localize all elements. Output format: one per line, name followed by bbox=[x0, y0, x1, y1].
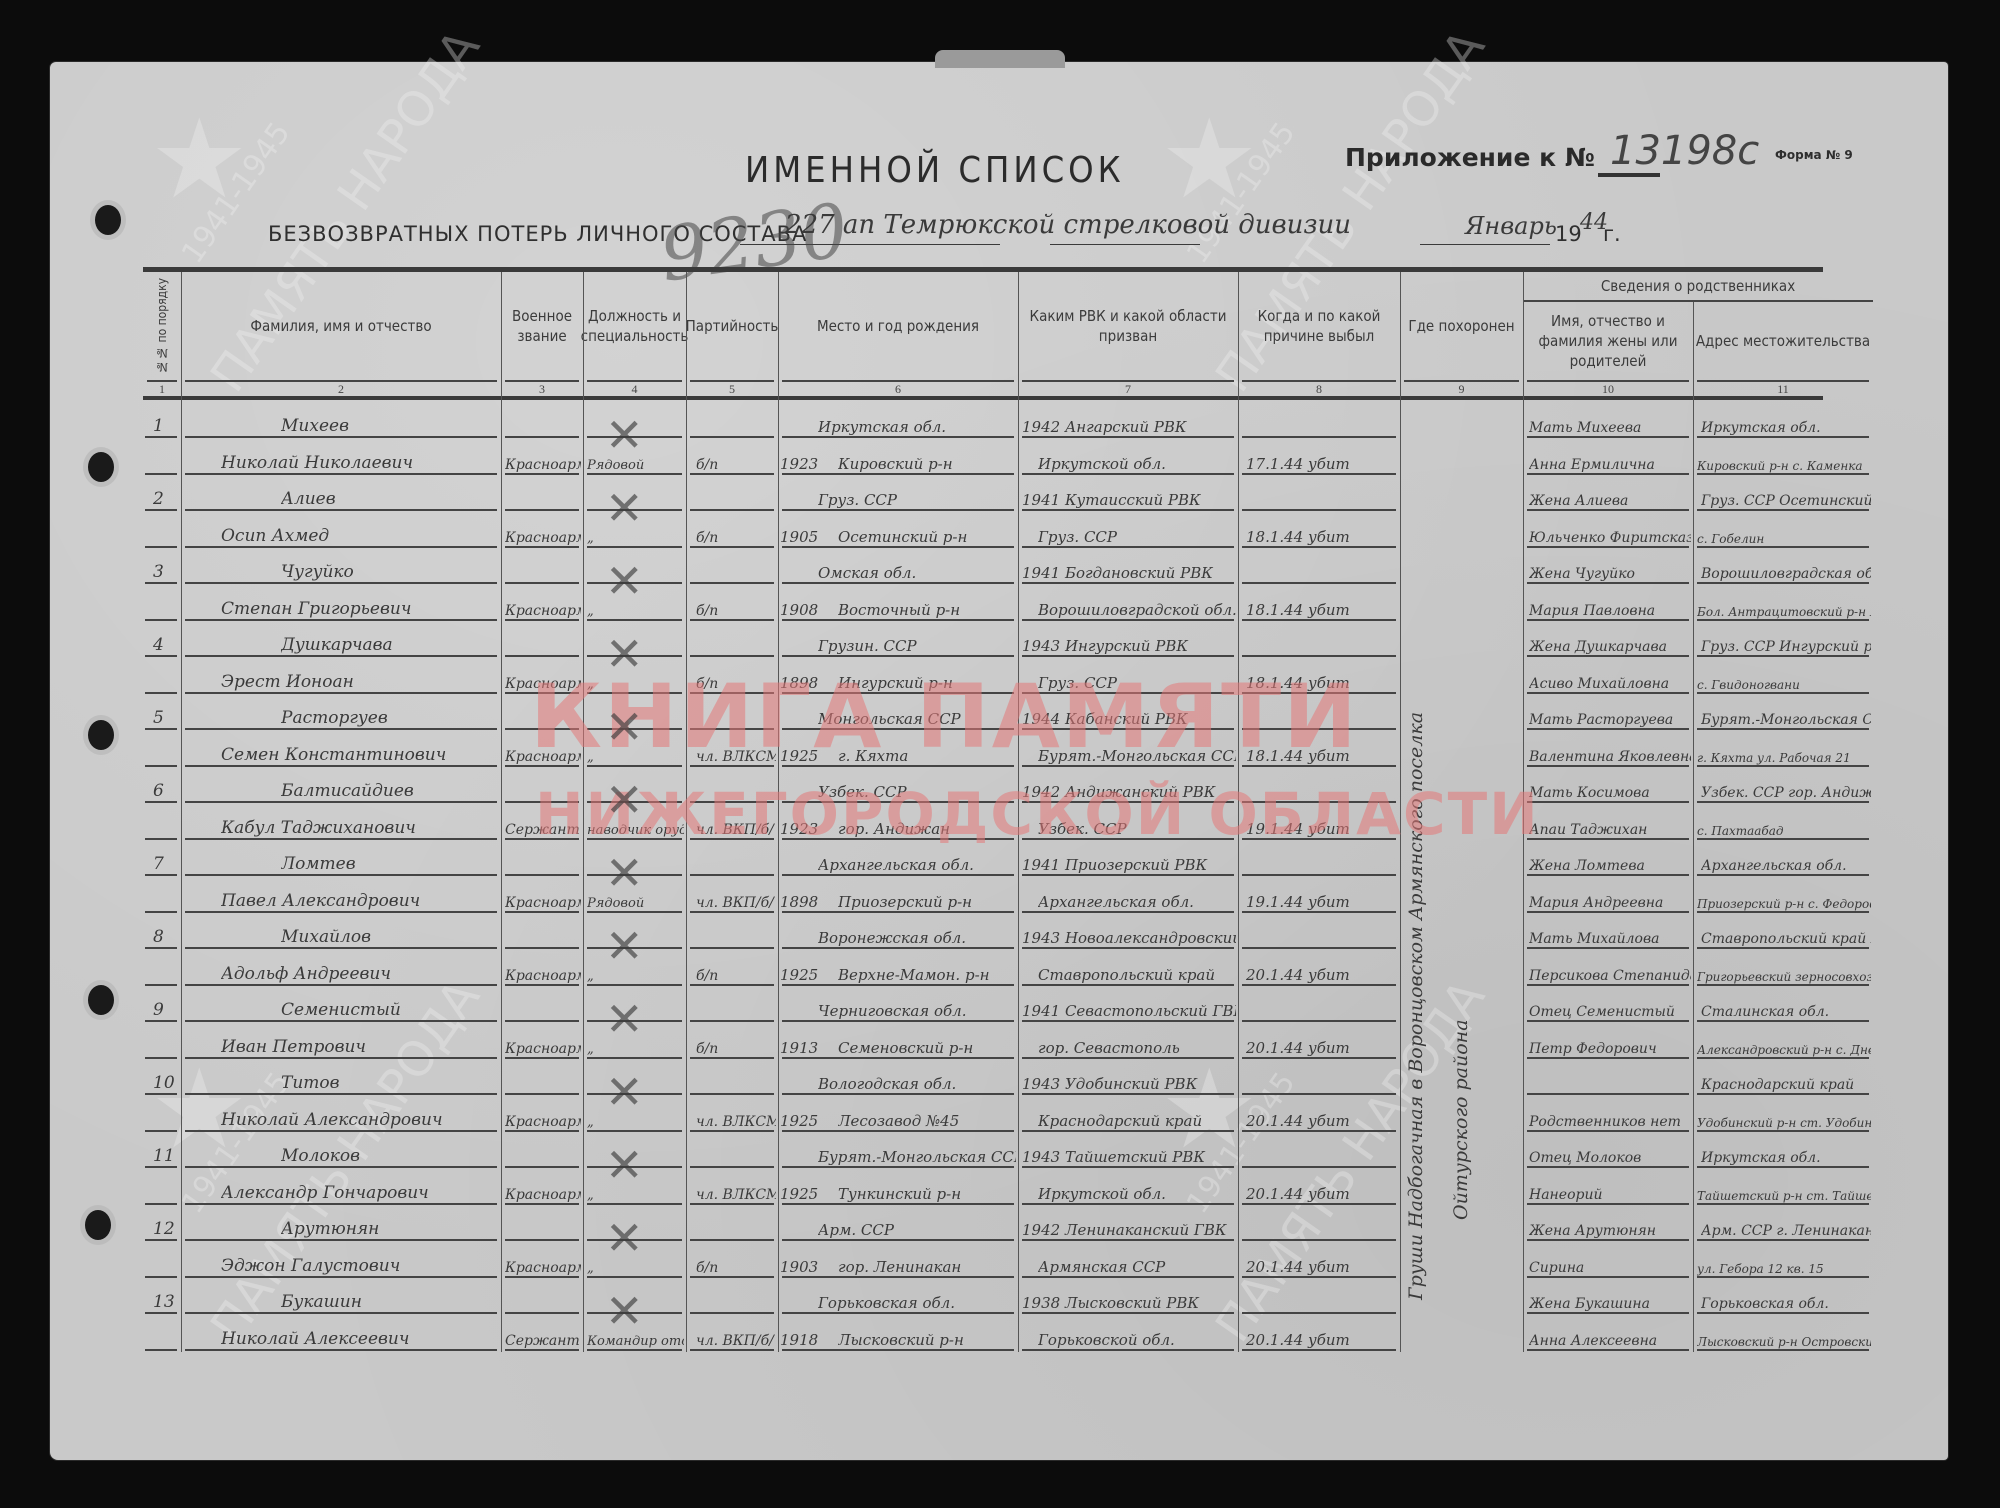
cell-birth-place-2: гор. Ленинакан bbox=[838, 1242, 1013, 1278]
cell-relative-2: Петр Федорович bbox=[1529, 1023, 1691, 1059]
cell-party: б/п bbox=[696, 439, 776, 475]
cell-given: Павел Александрович bbox=[221, 877, 499, 913]
document-title: ИМЕННОЙ СПИСОК bbox=[745, 150, 1125, 191]
row-rule bbox=[185, 1349, 497, 1351]
column-header-9: Где похоронен bbox=[1400, 272, 1523, 380]
cell-party: чл. ВКП/б/ bbox=[696, 1315, 776, 1351]
cell-relative-1 bbox=[1529, 1059, 1691, 1095]
cell-rvk-2: Ворошиловградской обл. bbox=[1038, 585, 1236, 621]
unit-name: 227 ап Темрюкской стрелковой дивизии bbox=[785, 210, 1351, 240]
cell-no: 2 bbox=[153, 475, 179, 511]
table-row: 12АрутюнянАрм. ССР1942 Ленинаканский ГВК… bbox=[143, 1205, 1823, 1241]
cell-party: б/п bbox=[696, 512, 776, 548]
cell-address-1: Груз. ССР Осетинский р-н bbox=[1701, 475, 1871, 511]
cell-surname: Титов bbox=[281, 1059, 499, 1095]
row-rule bbox=[505, 1349, 579, 1351]
cell-given: Эджон Галустович bbox=[221, 1242, 499, 1278]
relatives-group-header: Сведения о родственниках bbox=[1523, 272, 1873, 302]
cell-surname: Молоков bbox=[281, 1132, 499, 1168]
watermark-region: НИЖЕГОРОДСКОЙ ОБЛАСТИ bbox=[535, 780, 1540, 848]
column-header-4: Должность и специальность bbox=[583, 272, 686, 380]
cell-birth-place-2: Кировский р-н bbox=[838, 439, 1013, 475]
row-rule bbox=[1527, 1349, 1689, 1351]
cell-address-2: ул. Гебора 12 кв. 15 bbox=[1697, 1242, 1871, 1278]
cross-mark-icon: ✕ bbox=[605, 554, 644, 608]
cell-rank: Красноарм. bbox=[505, 1242, 581, 1278]
cell-address-1: Узбек. ССР гор. Андижан bbox=[1701, 767, 1871, 803]
cell-address-1: Горьковская обл. bbox=[1701, 1278, 1871, 1314]
cell-birth-place-1: Бурят.-Монгольская ССР bbox=[818, 1132, 1016, 1168]
burial-place-note: Груши Надбогачная в Воронцовском Армянск… bbox=[1405, 420, 1427, 1300]
table-row: 1МихеевИркутская обл.1942 Ангарский РВКМ… bbox=[143, 402, 1823, 438]
column-divider bbox=[501, 272, 502, 1352]
cross-mark-icon: ✕ bbox=[605, 700, 644, 754]
fill-line bbox=[1420, 244, 1550, 245]
watermark-book-of-memory: КНИГА ПАМЯТИ bbox=[530, 665, 1359, 768]
cell-birth-place-2: Семеновский р-н bbox=[838, 1023, 1013, 1059]
cell-relative-1: Мать Михеева bbox=[1529, 402, 1691, 438]
cross-mark-icon: ✕ bbox=[605, 481, 644, 535]
cell-party: б/п bbox=[696, 950, 776, 986]
cell-rvk-2: Иркутской обл. bbox=[1038, 1169, 1236, 1205]
cell-rank: Красноарм. bbox=[505, 1096, 581, 1132]
column-divider bbox=[1693, 302, 1694, 1352]
cell-birth-place-1: Черниговская обл. bbox=[818, 986, 1016, 1022]
cell-birth-place-2: Тункинский р-н bbox=[838, 1169, 1013, 1205]
header-bottom-rule bbox=[143, 396, 1823, 400]
cell-address-2: Приозерский р-н с. Федоровское bbox=[1697, 877, 1871, 913]
cell-birth-place-2: Верхне-Мамон. р-н bbox=[838, 950, 1013, 986]
cell-given: Николай Александрович bbox=[221, 1096, 499, 1132]
cell-relative-1: Отец Молоков bbox=[1529, 1132, 1691, 1168]
cell-rank: Красноарм. bbox=[505, 512, 581, 548]
cell-relative-2: Персикова Степанида bbox=[1529, 950, 1691, 986]
paper-tab bbox=[935, 50, 1065, 68]
cell-birth-place-1: Воронежская обл. bbox=[818, 913, 1016, 949]
cell-relative-2: Родственников нет bbox=[1529, 1096, 1691, 1132]
column-divider bbox=[181, 272, 182, 1352]
cell-relative-1: Отец Семенистый bbox=[1529, 986, 1691, 1022]
punch-hole bbox=[88, 720, 114, 750]
cell-birth-place-1: Горьковская обл. bbox=[818, 1278, 1016, 1314]
cell-party: чл. ВКП/б/ bbox=[696, 877, 776, 913]
cell-rvk-1: 1941 Севастопольский ГВК bbox=[1022, 986, 1236, 1022]
cell-relative-2: Валентина Яковлевна bbox=[1529, 731, 1691, 767]
column-header-1: №№ по порядку bbox=[143, 272, 181, 380]
cell-no: 8 bbox=[153, 913, 179, 949]
cross-mark-icon: ✕ bbox=[605, 408, 644, 462]
cell-date-reason: 20.1.44 убит bbox=[1246, 950, 1398, 986]
cell-given: Семен Константинович bbox=[221, 731, 499, 767]
cell-rank: Красноарм. bbox=[505, 1169, 581, 1205]
cross-mark-icon: ✕ bbox=[605, 919, 644, 973]
cell-rvk-2: Горьковской обл. bbox=[1038, 1315, 1236, 1351]
cell-relative-2: Асиво Михайловна bbox=[1529, 658, 1691, 694]
row-rule bbox=[1242, 1349, 1396, 1351]
cell-party: б/п bbox=[696, 585, 776, 621]
cell-birth-place-2: Лысковский р-н bbox=[838, 1315, 1013, 1351]
cell-surname: Душкарчава bbox=[281, 621, 499, 657]
cell-address-1: Краснодарский край bbox=[1701, 1059, 1871, 1095]
cell-birth-place-2: Восточный р-н bbox=[838, 585, 1013, 621]
cell-no: 12 bbox=[153, 1205, 179, 1241]
cell-address-2: Лысковский р-н Островский с/с д. Давыдко… bbox=[1697, 1315, 1871, 1351]
cell-relative-1: Жена Алиева bbox=[1529, 475, 1691, 511]
period-month: Январь bbox=[1465, 212, 1557, 240]
cell-birth-place-2: Лесозавод №45 bbox=[838, 1096, 1013, 1132]
cell-relative-2: Анна Алексеевна bbox=[1529, 1315, 1691, 1351]
cell-date-reason: 17.1.44 убит bbox=[1246, 439, 1398, 475]
cell-given: Осип Ахмед bbox=[221, 512, 499, 548]
appendix-number: 13198с bbox=[1610, 128, 1759, 174]
appendix-label: Приложение к № bbox=[1345, 143, 1595, 172]
cell-relative-1: Мать Косимова bbox=[1529, 767, 1691, 803]
table-row: 10ТитовВологодская обл.1943 Удобинский Р… bbox=[143, 1059, 1823, 1095]
cell-rvk-2: Армянская ССР bbox=[1038, 1242, 1236, 1278]
cell-rvk-1: 1943 Тайшетский РВК bbox=[1022, 1132, 1236, 1168]
cell-date-reason: 18.1.44 убит bbox=[1246, 585, 1398, 621]
cell-address-2: Кировский р-н с. Каменка bbox=[1697, 439, 1871, 475]
column-header-5: Партийность bbox=[686, 272, 778, 380]
cell-party: чл. ВЛКСМ bbox=[696, 1096, 776, 1132]
cell-party: б/п bbox=[696, 1242, 776, 1278]
cell-surname: Семенистый bbox=[281, 986, 499, 1022]
cell-date-reason: 20.1.44 убит bbox=[1246, 1169, 1398, 1205]
cell-relative-1: Жена Букашина bbox=[1529, 1278, 1691, 1314]
cell-date-reason: 20.1.44 убит bbox=[1246, 1096, 1398, 1132]
table-row: 4ДушкарчаваГрузин. ССР1943 Ингурский РВК… bbox=[143, 621, 1823, 657]
cell-address-1: Иркутская обл. bbox=[1701, 1132, 1871, 1168]
cell-relative-2: Анна Ермилична bbox=[1529, 439, 1691, 475]
column-header-11: Адрес местожительства bbox=[1693, 302, 1873, 380]
cell-rvk-1: 1942 Ленинаканский ГВК bbox=[1022, 1205, 1236, 1241]
cross-mark-icon: ✕ bbox=[605, 1138, 644, 1192]
year-suffix: г. bbox=[1603, 222, 1621, 246]
form-number: Форма № 9 bbox=[1775, 148, 1853, 162]
cell-party: чл. ВЛКСМ bbox=[696, 1169, 776, 1205]
cell-rvk-2: Груз. ССР bbox=[1038, 512, 1236, 548]
cell-given: Степан Григорьевич bbox=[221, 585, 499, 621]
column-header-10: Имя, отчество и фамилия жены или родител… bbox=[1523, 302, 1693, 380]
cell-surname: Балтисайдиев bbox=[281, 767, 499, 803]
cross-mark-icon: ✕ bbox=[605, 992, 644, 1046]
cell-no: 10 bbox=[153, 1059, 179, 1095]
cell-date-reason: 20.1.44 убит bbox=[1246, 1242, 1398, 1278]
cell-relative-1: Жена Арутюнян bbox=[1529, 1205, 1691, 1241]
cell-no: 3 bbox=[153, 548, 179, 584]
cell-date-reason: 20.1.44 убит bbox=[1246, 1023, 1398, 1059]
row-rule bbox=[145, 1349, 177, 1351]
table-row: 13БукашинГорьковская обл.1938 Лысковский… bbox=[143, 1278, 1823, 1314]
cross-mark-icon: ✕ bbox=[605, 1284, 644, 1338]
column-header-6: Место и год рождения bbox=[778, 272, 1018, 380]
cell-rvk-2: Иркутской обл. bbox=[1038, 439, 1236, 475]
cell-no: 9 bbox=[153, 986, 179, 1022]
row-rule bbox=[1022, 1349, 1234, 1351]
cell-address-1: Архангельская обл. bbox=[1701, 840, 1871, 876]
cell-rvk-1: 1942 Ангарский РВК bbox=[1022, 402, 1236, 438]
cell-address-2: Александровский р-н с. Днепрогэр bbox=[1697, 1023, 1871, 1059]
table-row: 8МихайловВоронежская обл.1943 Новоалекса… bbox=[143, 913, 1823, 949]
cell-address-1: Сталинская обл. bbox=[1701, 986, 1871, 1022]
cell-surname: Расторгуев bbox=[281, 694, 499, 730]
cell-rvk-1: 1943 Удобинский РВК bbox=[1022, 1059, 1236, 1095]
cell-surname: Ломтев bbox=[281, 840, 499, 876]
cell-birth-place-1: Арм. ССР bbox=[818, 1205, 1016, 1241]
cell-given: Александр Гончарович bbox=[221, 1169, 499, 1205]
column-header-3: Военное звание bbox=[501, 272, 583, 380]
punch-hole bbox=[88, 452, 114, 482]
cell-relative-2: Нанеорий bbox=[1529, 1169, 1691, 1205]
cell-rvk-2: Архангельская обл. bbox=[1038, 877, 1236, 913]
cell-birth-place-1: Иркутская обл. bbox=[818, 402, 1016, 438]
cell-no: 1 bbox=[153, 402, 179, 438]
cell-surname: Арутюнян bbox=[281, 1205, 499, 1241]
cell-surname: Михайлов bbox=[281, 913, 499, 949]
cell-address-2: Тайшетский р-н ст. Тайшет bbox=[1697, 1169, 1871, 1205]
cell-date-reason: 20.1.44 убит bbox=[1246, 1315, 1398, 1351]
cell-rvk-1: 1943 Новоалександровский bbox=[1022, 913, 1236, 949]
cell-relative-1: Мать Михайлова bbox=[1529, 913, 1691, 949]
column-header-8: Когда и по какой причине выбыл bbox=[1238, 272, 1400, 380]
cell-given: Николай Николаевич bbox=[221, 439, 499, 475]
cell-surname: Чугуйко bbox=[281, 548, 499, 584]
cell-no: 4 bbox=[153, 621, 179, 657]
cell-address-1: Ставропольский край Ново-Александровский… bbox=[1701, 913, 1871, 949]
cell-address-2: Григорьевский зерносовхоз отд. №3 bbox=[1697, 950, 1871, 986]
cell-rank: Сержант bbox=[505, 1315, 581, 1351]
cell-birth-place-1: Омская обл. bbox=[818, 548, 1016, 584]
cell-relative-2: Сирина bbox=[1529, 1242, 1691, 1278]
cell-birth-place-1: Вологодская обл. bbox=[818, 1059, 1016, 1095]
cell-rvk-1: 1938 Лысковский РВК bbox=[1022, 1278, 1236, 1314]
cell-party: б/п bbox=[696, 1023, 776, 1059]
cross-mark-icon: ✕ bbox=[605, 1065, 644, 1119]
cell-address-1: Бурят.-Монгольская ССР bbox=[1701, 694, 1871, 730]
cell-rank: Красноарм. bbox=[505, 950, 581, 986]
cross-mark-icon: ✕ bbox=[605, 846, 644, 900]
cell-relative-1: Жена Чугуйко bbox=[1529, 548, 1691, 584]
cell-surname: Михеев bbox=[281, 402, 499, 438]
year-prefix: 19 bbox=[1555, 222, 1582, 246]
cell-relative-2: Мария Андреевна bbox=[1529, 877, 1691, 913]
cell-given: Кабул Таджиханович bbox=[221, 804, 499, 840]
cell-date-reason: 18.1.44 убит bbox=[1246, 512, 1398, 548]
cell-given: Николай Алексеевич bbox=[221, 1315, 499, 1351]
column-header-2: Фамилия, имя и отчество bbox=[181, 272, 501, 380]
row-rule bbox=[587, 1349, 682, 1351]
cell-relative-1: Жена Душкарчава bbox=[1529, 621, 1691, 657]
column-header-7: Каким РВК и какой области призван bbox=[1018, 272, 1238, 380]
cross-mark-icon: ✕ bbox=[605, 1211, 644, 1265]
row-rule bbox=[1697, 1349, 1869, 1351]
cell-address-2: Бол. Антрацитовский р-н Шахта 22/50 bbox=[1697, 585, 1871, 621]
table-row: 9СеменистыйЧерниговская обл.1941 Севасто… bbox=[143, 986, 1823, 1022]
cell-rank: Красноарм. bbox=[505, 1023, 581, 1059]
cell-address-1: Ворошиловградская обл. bbox=[1701, 548, 1871, 584]
punch-hole bbox=[95, 205, 121, 235]
cell-address-2: с. Гобелин bbox=[1697, 512, 1871, 548]
cell-relative-1: Жена Ломтева bbox=[1529, 840, 1691, 876]
cell-no: 11 bbox=[153, 1132, 179, 1168]
cell-birth-place-1: Грузин. ССР bbox=[818, 621, 1016, 657]
cell-address-1: Груз. ССР Ингурский р-н bbox=[1701, 621, 1871, 657]
cell-given: Адольф Андреевич bbox=[221, 950, 499, 986]
cell-no: 6 bbox=[153, 767, 179, 803]
cell-address-1: Арм. ССР г. Ленинакан bbox=[1701, 1205, 1871, 1241]
cell-address-2: с. Гвидоногвани bbox=[1697, 658, 1871, 694]
table-row: 11МолоковБурят.-Монгольская ССР1943 Тайш… bbox=[143, 1132, 1823, 1168]
table-row: 3ЧугуйкоОмская обл.1941 Богдановский РВК… bbox=[143, 548, 1823, 584]
cell-relative-1: Мать Расторгуева bbox=[1529, 694, 1691, 730]
fill-line bbox=[1050, 244, 1200, 245]
cell-relative-2: Апаи Таджихан bbox=[1529, 804, 1691, 840]
cell-address-2: г. Кяхта ул. Рабочая 21 bbox=[1697, 731, 1871, 767]
cell-rvk-2: Ставропольский край bbox=[1038, 950, 1236, 986]
column-header-label: №№ по порядку bbox=[154, 278, 170, 374]
row-rule bbox=[690, 1349, 774, 1351]
cell-birth-place-1: Груз. ССР bbox=[818, 475, 1016, 511]
cell-rvk-2: Краснодарский край bbox=[1038, 1096, 1236, 1132]
cell-birth-place-2: Приозерский р-н bbox=[838, 877, 1013, 913]
cell-rank: Красноарм. bbox=[505, 439, 581, 475]
cell-surname: Букашин bbox=[281, 1278, 499, 1314]
punch-hole bbox=[88, 985, 114, 1015]
cell-rank: Красноарм. bbox=[505, 585, 581, 621]
cross-mark-icon: ✕ bbox=[605, 627, 644, 681]
cell-date-reason: 19.1.44 убит bbox=[1246, 877, 1398, 913]
cell-given: Эрест Ионоан bbox=[221, 658, 499, 694]
table-row: 2АлиевГруз. ССР1941 Кутаисский РВКЖена А… bbox=[143, 475, 1823, 511]
cross-mark-icon: ✕ bbox=[605, 773, 644, 827]
cell-relative-2: Юльченко Фиритсказа bbox=[1529, 512, 1691, 548]
cell-relative-2: Мария Павловна bbox=[1529, 585, 1691, 621]
cell-address-2: с. Пахтаабад bbox=[1697, 804, 1871, 840]
cell-surname: Алиев bbox=[281, 475, 499, 511]
cell-rvk-1: 1941 Кутаисский РВК bbox=[1022, 475, 1236, 511]
cell-address-1: Иркутская обл. bbox=[1701, 402, 1871, 438]
table-header: №№ по порядку1Фамилия, имя и отчество2Во… bbox=[143, 272, 1823, 396]
cell-rvk-2: гор. Севастополь bbox=[1038, 1023, 1236, 1059]
cell-rvk-1: 1941 Богдановский РВК bbox=[1022, 548, 1236, 584]
cell-no: 13 bbox=[153, 1278, 179, 1314]
punch-hole bbox=[85, 1210, 111, 1240]
cell-birth-place-2: Осетинский р-н bbox=[838, 512, 1013, 548]
cell-address-2: Удобинский р-н ст. Удобинская bbox=[1697, 1096, 1871, 1132]
cell-rank: Красноарм. bbox=[505, 877, 581, 913]
cell-no: 7 bbox=[153, 840, 179, 876]
cell-rvk-1: 1943 Ингурский РВК bbox=[1022, 621, 1236, 657]
cell-no: 5 bbox=[153, 694, 179, 730]
cell-given: Иван Петрович bbox=[221, 1023, 499, 1059]
